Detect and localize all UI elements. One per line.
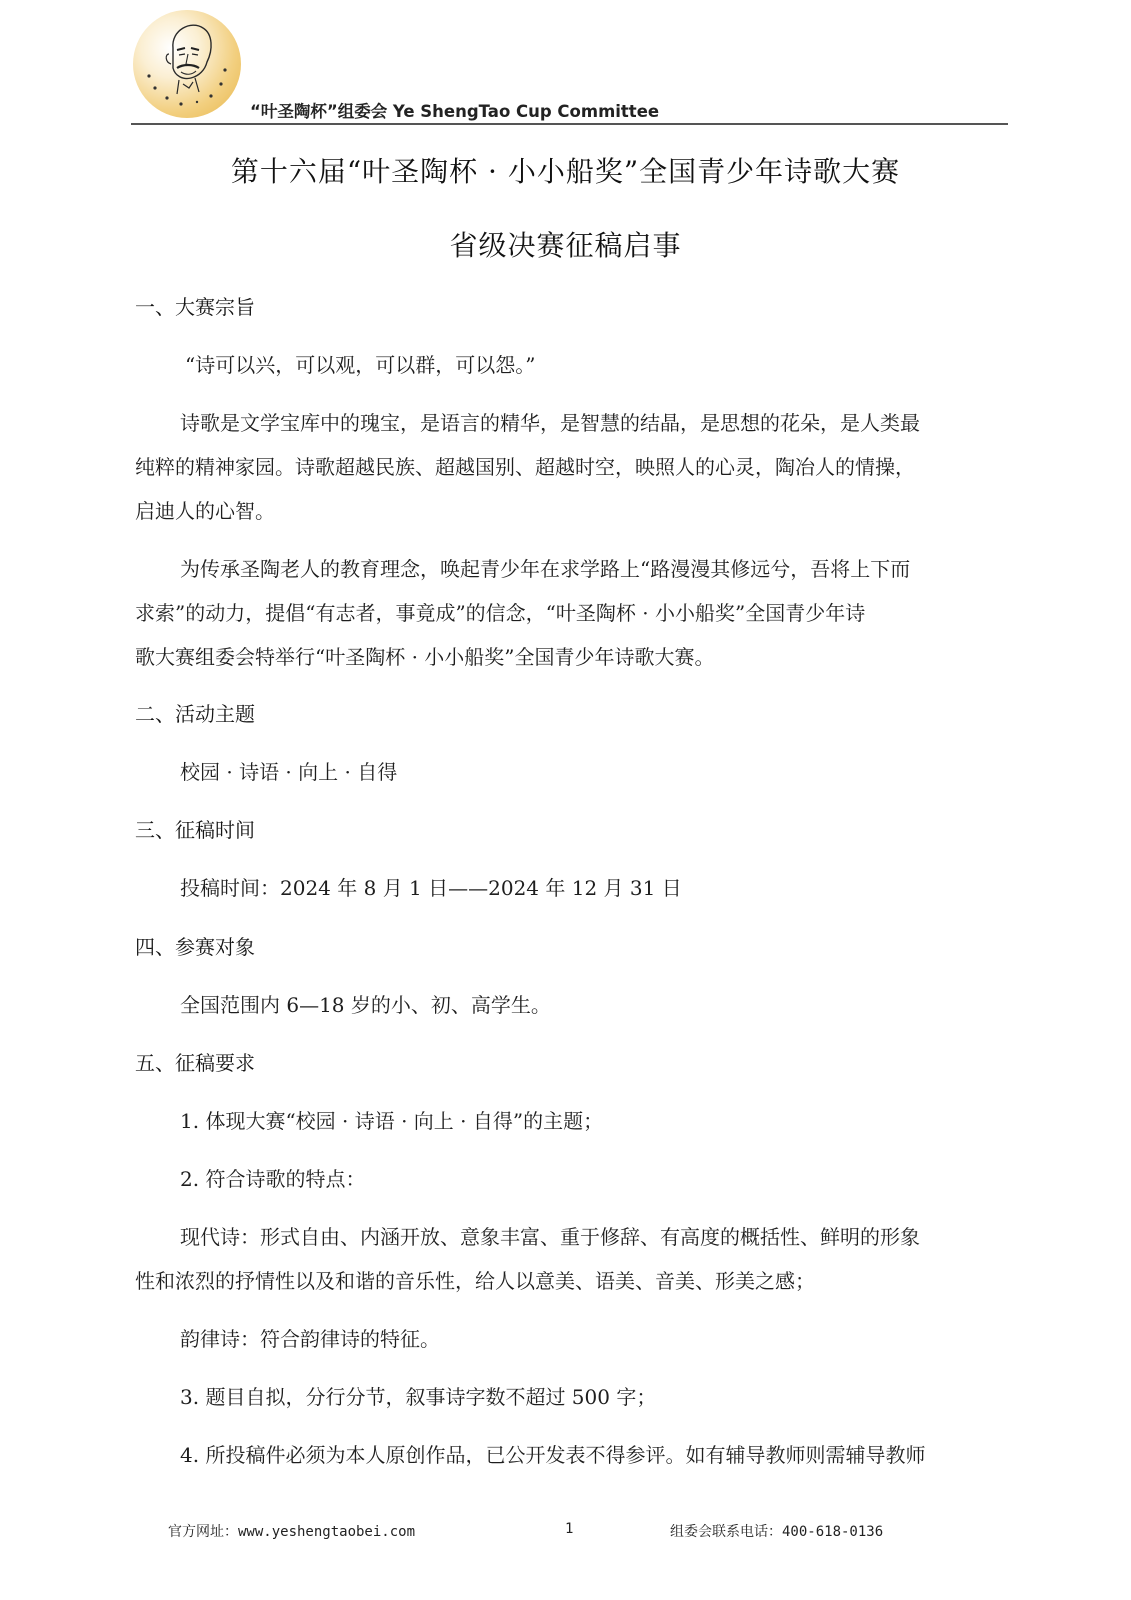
page-number: 1 bbox=[565, 1521, 573, 1537]
document-title: 第十六届“叶圣陶杯 · 小小船奖”全国青少年诗歌大赛 bbox=[0, 150, 1131, 190]
paragraph-line: 为传承圣陶老人的教育理念，唤起青少年在求学路上“路漫漫其修远兮，吾将上下而 bbox=[180, 557, 910, 581]
paragraph-line: 纯粹的精神家园。诗歌超越民族、超越国别、超越时空，映照人的心灵，陶冶人的情操， bbox=[135, 455, 915, 479]
document-page: “叶圣陶杯”组委会 Ye ShengTao Cup Committee 第十六届… bbox=[0, 0, 1131, 1600]
portrait-sketch-icon bbox=[133, 10, 241, 118]
header-divider bbox=[131, 123, 1008, 125]
requirement-item: 2. 符合诗歌的特点： bbox=[180, 1167, 365, 1191]
requirement-item: 3. 题目自拟，分行分节，叙事诗字数不超过 500 字； bbox=[180, 1385, 656, 1409]
poetry-quote: “诗可以兴，可以观，可以群，可以怨。” bbox=[185, 353, 535, 377]
paragraph-line: 启迪人的心智。 bbox=[135, 499, 275, 523]
section-heading-requirements: 五、征稿要求 bbox=[135, 1051, 255, 1075]
paragraph-line: 求索”的动力，提倡“有志者，事竟成”的信念，“叶圣陶杯 · 小小船奖”全国青少年… bbox=[135, 601, 865, 625]
committee-name: “叶圣陶杯”组委会 Ye ShengTao Cup Committee bbox=[250, 98, 659, 122]
modern-poetry-line: 性和浓烈的抒情性以及和谐的音乐性，给人以意美、语美、音美、形美之感； bbox=[135, 1269, 815, 1293]
theme-text: 校园 · 诗语 · 向上 · 自得 bbox=[180, 760, 397, 784]
section-heading-purpose: 一、大赛宗旨 bbox=[135, 295, 255, 319]
paragraph-line: 诗歌是文学宝库中的瑰宝，是语言的精华，是智慧的结晶，是思想的花朵，是人类最 bbox=[180, 411, 920, 435]
submission-period: 投稿时间：2024 年 8 月 1 日——2024 年 12 月 31 日 bbox=[180, 876, 682, 900]
document-subtitle: 省级决赛征稿启事 bbox=[0, 224, 1131, 264]
modern-poetry-line: 现代诗：形式自由、内涵开放、意象丰富、重于修辞、有高度的概括性、鲜明的形象 bbox=[180, 1225, 920, 1249]
requirement-item: 4. 所投稿件必须为本人原创作品，已公开发表不得参评。如有辅导教师则需辅导教师 bbox=[180, 1443, 925, 1467]
footer-website: 官方网址：www.yeshengtaobei.com bbox=[168, 1521, 415, 1541]
section-heading-period: 三、征稿时间 bbox=[135, 818, 255, 842]
paragraph-line: 歌大赛组委会特举行“叶圣陶杯 · 小小船奖”全国青少年诗歌大赛。 bbox=[135, 645, 715, 669]
requirement-item: 1. 体现大赛“校园 · 诗语 · 向上 · 自得”的主题； bbox=[180, 1109, 603, 1133]
section-heading-eligibility: 四、参赛对象 bbox=[135, 935, 255, 959]
committee-logo-icon bbox=[133, 10, 241, 118]
footer-phone: 组委会联系电话：400-618-0136 bbox=[670, 1521, 883, 1541]
classical-poetry-line: 韵律诗：符合韵律诗的特征。 bbox=[180, 1327, 440, 1351]
eligibility-text: 全国范围内 6—18 岁的小、初、高学生。 bbox=[180, 993, 551, 1017]
section-heading-theme: 二、活动主题 bbox=[135, 702, 255, 726]
